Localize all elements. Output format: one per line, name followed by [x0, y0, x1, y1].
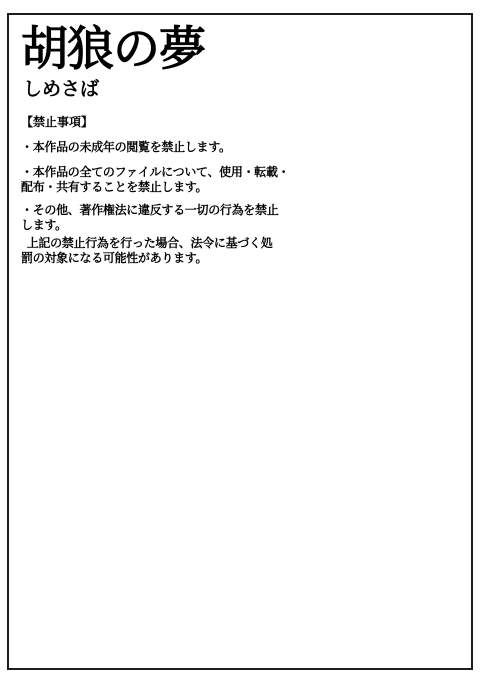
document-page: 胡狼の夢 しめさば 【禁止事項】 ・本作品の未成年の閲覧を禁止します。 ・本作品… [0, 0, 480, 685]
author-name: しめさば [23, 79, 457, 101]
penalty-notice: 上記の禁止行為を行った場合、法令に基づく処 罰の対象になる可能性があります。 [21, 236, 299, 266]
prohibition-item-copyright: ・その他、著作権法に違反する一切の行為を禁止 します。 [21, 203, 299, 233]
prohibition-item-minors: ・本作品の未成年の閲覧を禁止します。 [21, 140, 299, 155]
section-heading-prohibitions: 【禁止事項】 [21, 115, 457, 130]
page-title: 胡狼の夢 [21, 25, 457, 75]
prohibition-item-redistribution: ・本作品の全てのファイルについて、使用・転載・ 配布・共有することを禁止します。 [21, 165, 299, 195]
page-border-frame: 胡狼の夢 しめさば 【禁止事項】 ・本作品の未成年の閲覧を禁止します。 ・本作品… [7, 13, 473, 670]
